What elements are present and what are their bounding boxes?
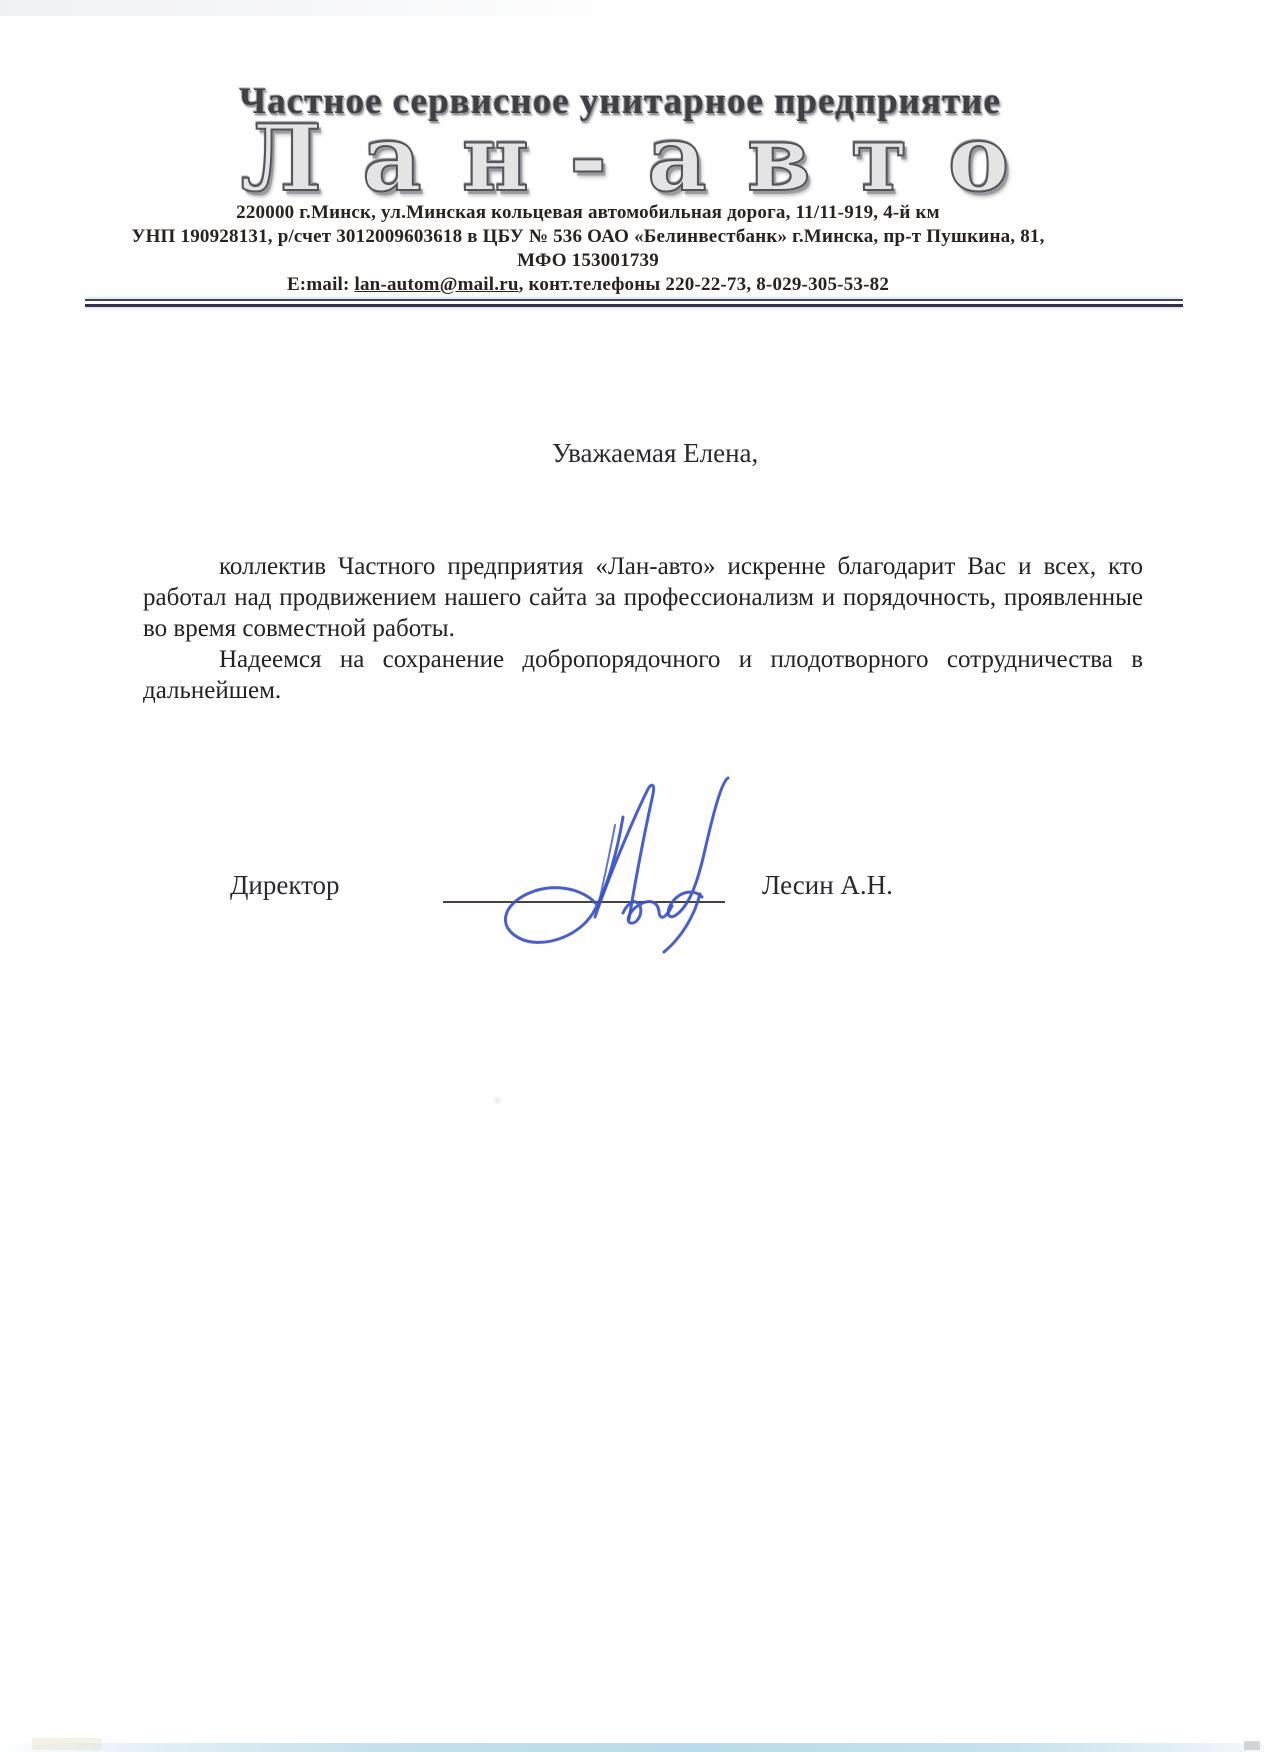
phone-numbers: , конт.телефоны 220-22-73, 8-029-305-53-… <box>519 274 889 295</box>
company-logo: Лан-авто <box>0 104 1250 212</box>
scan-artifact-bottom-right <box>1244 1741 1260 1750</box>
contact-line: E:mail: lan-autom@mail.ru, конт.телефоны… <box>0 274 1176 296</box>
letter-paragraphs: коллектив Частного предприятия «Лан-авто… <box>143 551 1143 706</box>
letterhead-separator <box>85 299 1183 307</box>
scan-artifact-dot <box>493 1096 502 1105</box>
paragraph-1: коллектив Частного предприятия «Лан-авто… <box>143 551 1143 644</box>
separator-top-rule <box>85 299 1183 301</box>
signatory-name: Лесин А.Н. <box>762 870 893 901</box>
signature-title: Директор <box>230 870 340 901</box>
scanned-letter-page: Частное сервисное унитарное предприятие … <box>0 0 1264 1752</box>
address-line-3: МФО 153001739 <box>0 250 1176 272</box>
scan-artifact-bottom-edge <box>0 1743 1264 1752</box>
scan-artifact-top <box>0 0 620 16</box>
email-address: lan-autom@mail.ru <box>355 274 519 295</box>
greeting: Уважаемая Елена, <box>552 438 758 469</box>
address-line-2: УНП 190928131, р/счет 3012009603618 в ЦБ… <box>0 226 1176 248</box>
handwritten-signature-icon <box>455 685 765 965</box>
email-label: E:mail: <box>287 274 355 295</box>
separator-bottom-rule <box>85 304 1183 307</box>
address-line-1: 220000 г.Минск, ул.Минская кольцевая авт… <box>0 202 1176 224</box>
